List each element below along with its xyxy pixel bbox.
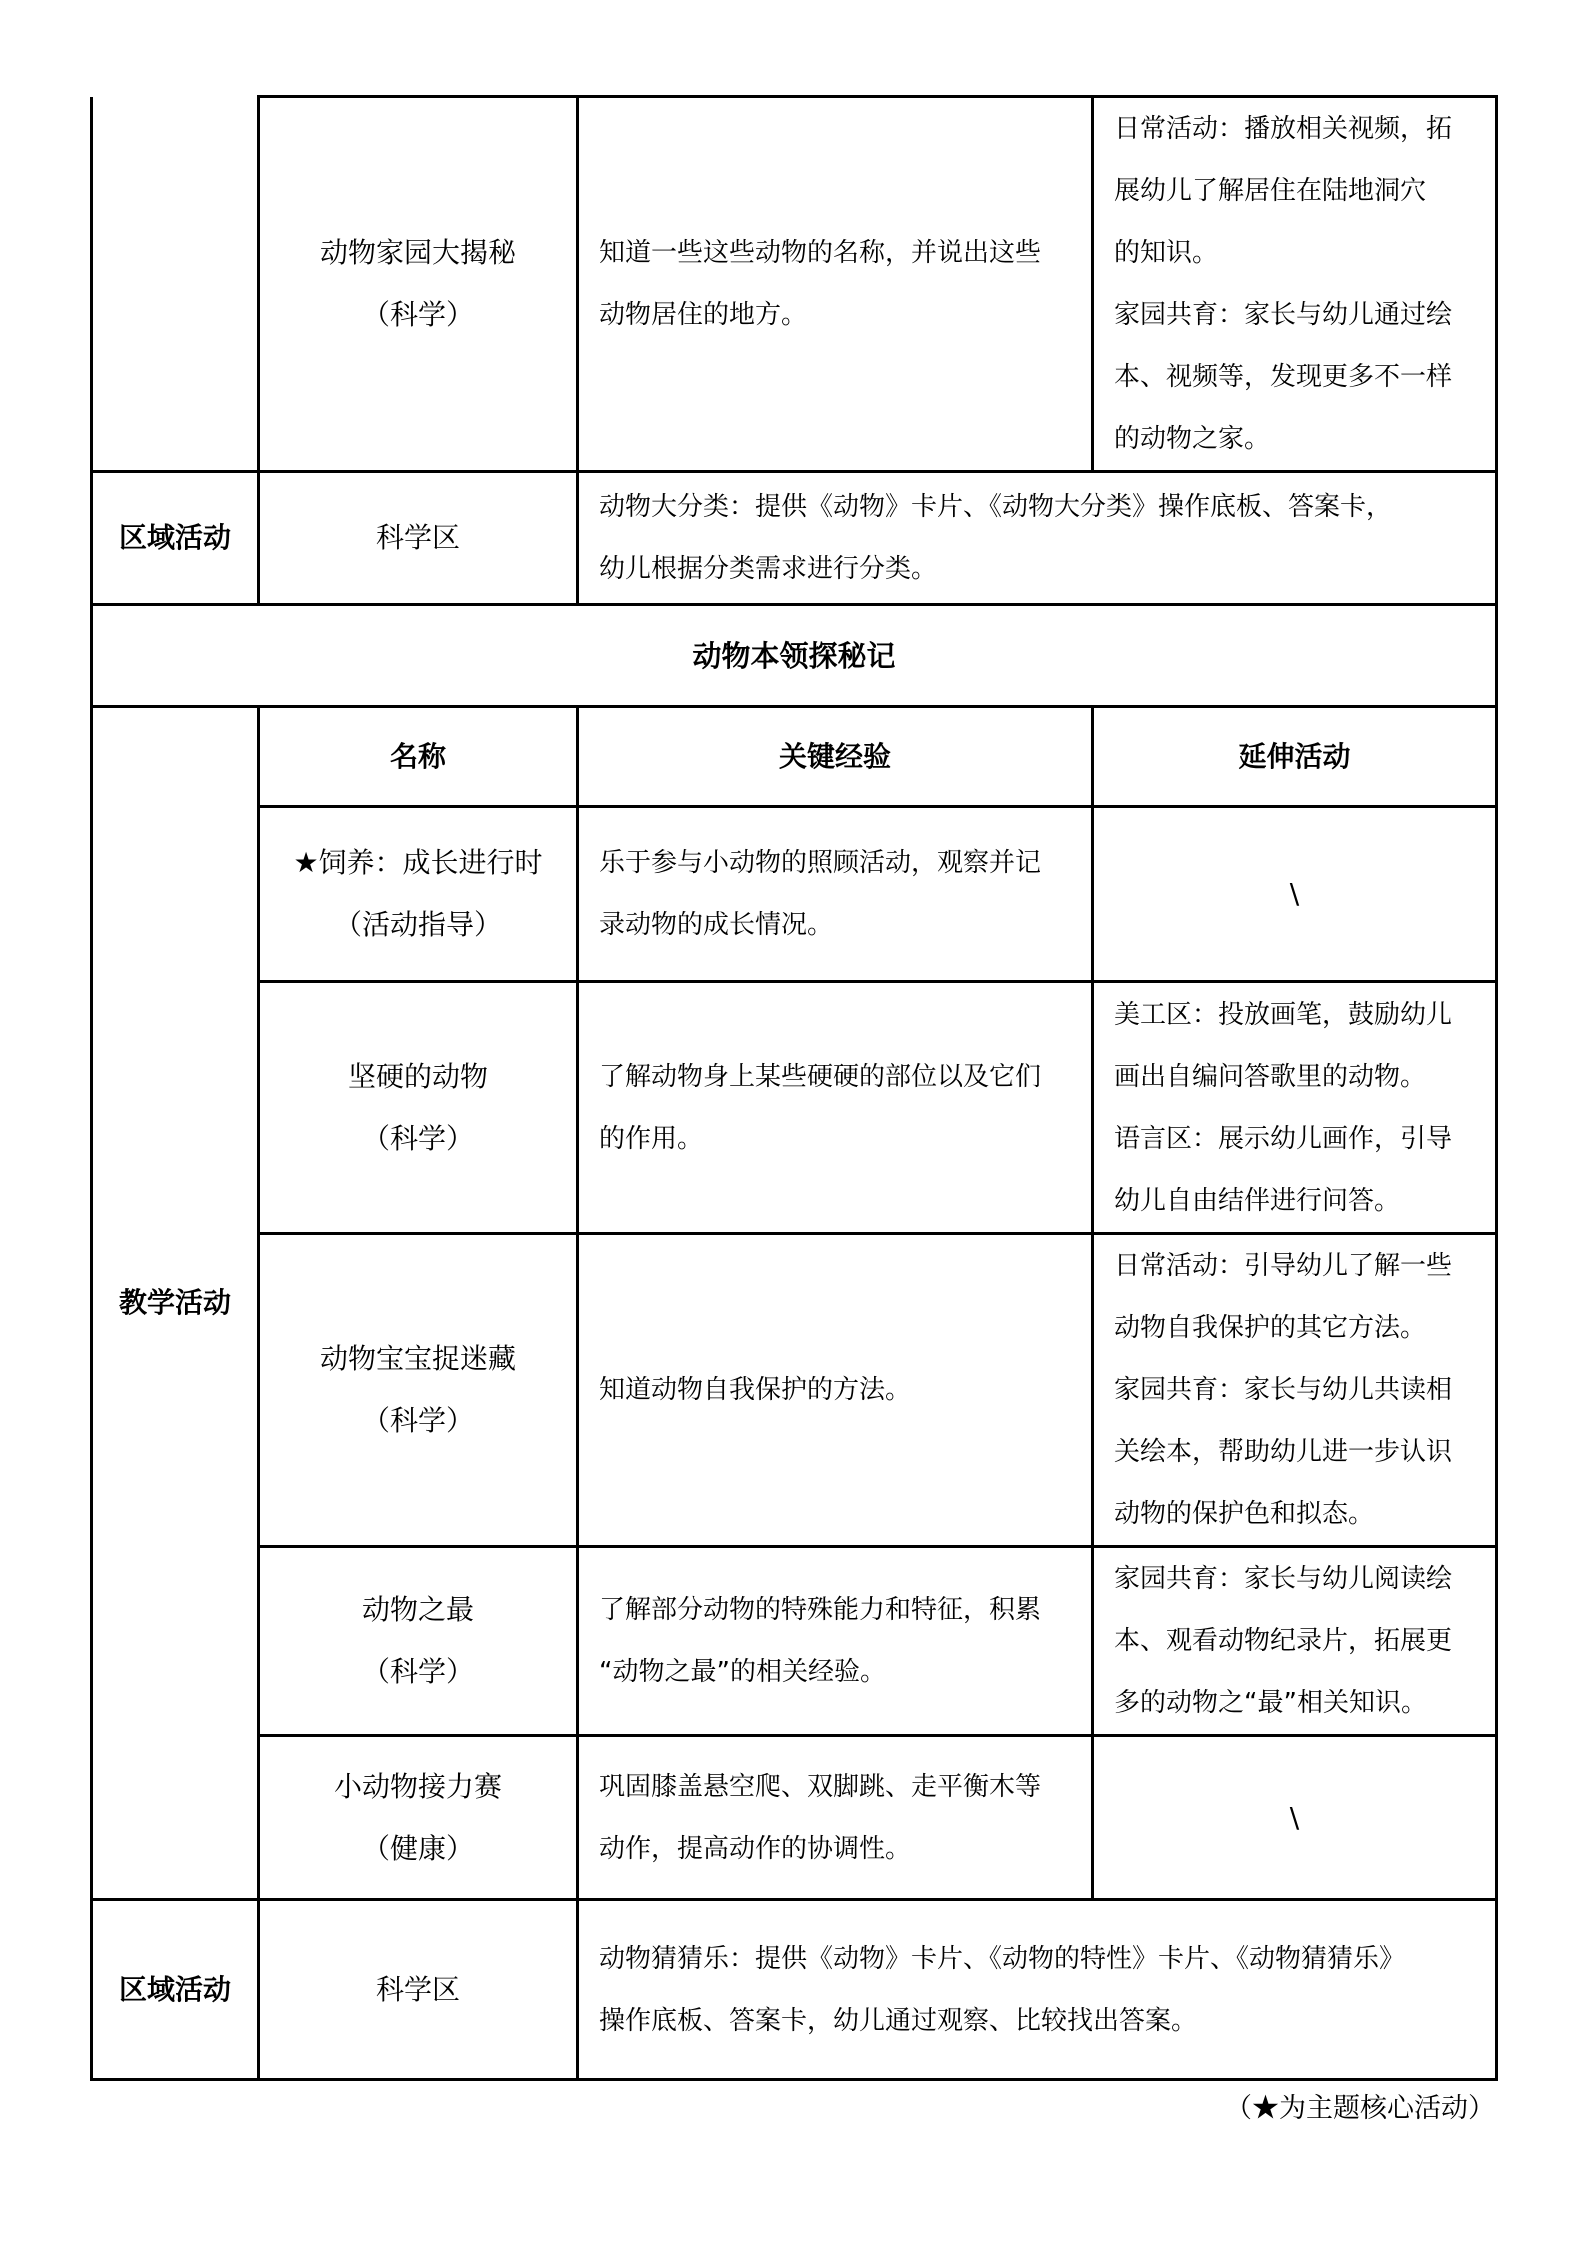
table-row: 动物本领探秘记 [92,605,1497,707]
cell-key-experience: 知道动物自我保护的方法。 [578,1234,1093,1547]
table-row: 区域活动 科学区 动物大分类：提供《动物》卡片、《动物大分类》操作底板、答案卡，… [92,472,1497,605]
table-row: 区域活动 科学区 动物猜猜乐：提供《动物》卡片、《动物的特性》卡片、《动物猜猜乐… [92,1900,1497,2080]
cell-key-experience: 巩固膝盖悬空爬、双脚跳、走平衡木等 动作，提高动作的协调性。 [578,1736,1093,1900]
cell-activity-name: 动物家园大揭秘 （科学） [259,97,578,472]
table-header-row: 教学活动 名称 关键经验 延伸活动 [92,707,1497,807]
cell-extension-activity: \ [1093,807,1497,982]
cell-extension-activity: 家园共育：家长与幼儿阅读绘 本、观看动物纪录片，拓展更 多的动物之“最”相关知识… [1093,1547,1497,1736]
table-row: 动物宝宝捉迷藏 （科学） 知道动物自我保护的方法。 日常活动：引导幼儿了解一些 … [92,1234,1497,1547]
cell-activity-name: 动物之最 （科学） [259,1547,578,1736]
cell-region-activity-content: 动物大分类：提供《动物》卡片、《动物大分类》操作底板、答案卡， 幼儿根据分类需求… [578,472,1497,605]
document-page: 动物家园大揭秘 （科学） 知道一些这些动物的名称，并说出这些 动物居住的地方。 … [0,0,1587,2245]
cell-teaching-activity-label: 教学活动 [92,707,259,1900]
cell-key-experience: 知道一些这些动物的名称，并说出这些 动物居住的地方。 [578,97,1093,472]
column-header-name: 名称 [259,707,578,807]
cell-region-activity-content: 动物猜猜乐：提供《动物》卡片、《动物的特性》卡片、《动物猜猜乐》 操作底板、答案… [578,1900,1497,2080]
cell-extension-activity: 美工区：投放画笔，鼓励幼儿 画出自编问答歌里的动物。 语言区：展示幼儿画作，引导… [1093,982,1497,1234]
cell-extension-activity: 日常活动：引导幼儿了解一些 动物自我保护的其它方法。 家园共育：家长与幼儿共读相… [1093,1234,1497,1547]
section-title: 动物本领探秘记 [92,605,1497,707]
column-header-experience: 关键经验 [578,707,1093,807]
core-activity-footnote: （★为主题核心活动） [1225,2088,1495,2128]
cell-activity-name: 小动物接力赛 （健康） [259,1736,578,1900]
cell-category-continuation [92,97,259,472]
table-row: 动物家园大揭秘 （科学） 知道一些这些动物的名称，并说出这些 动物居住的地方。 … [92,97,1497,472]
curriculum-table: 动物家园大揭秘 （科学） 知道一些这些动物的名称，并说出这些 动物居住的地方。 … [90,95,1498,2081]
column-header-extension: 延伸活动 [1093,707,1497,807]
table-row: 小动物接力赛 （健康） 巩固膝盖悬空爬、双脚跳、走平衡木等 动作，提高动作的协调… [92,1736,1497,1900]
cell-science-area: 科学区 [259,1900,578,2080]
cell-extension-activity: 日常活动：播放相关视频，拓 展幼儿了解居住在陆地洞穴 的知识。 家园共育：家长与… [1093,97,1497,472]
cell-key-experience: 了解部分动物的特殊能力和特征，积累 “动物之最”的相关经验。 [578,1547,1093,1736]
table-row: 坚硬的动物 （科学） 了解动物身上某些硬硬的部位以及它们 的作用。 美工区：投放… [92,982,1497,1234]
cell-extension-activity: \ [1093,1736,1497,1900]
cell-activity-name: ★饲养：成长进行时 （活动指导） [259,807,578,982]
cell-region-activity-label: 区域活动 [92,1900,259,2080]
cell-science-area: 科学区 [259,472,578,605]
cell-key-experience: 乐于参与小动物的照顾活动，观察并记 录动物的成长情况。 [578,807,1093,982]
table-row: ★饲养：成长进行时 （活动指导） 乐于参与小动物的照顾活动，观察并记 录动物的成… [92,807,1497,982]
cell-activity-name: 动物宝宝捉迷藏 （科学） [259,1234,578,1547]
cell-region-activity-label: 区域活动 [92,472,259,605]
table-row: 动物之最 （科学） 了解部分动物的特殊能力和特征，积累 “动物之最”的相关经验。… [92,1547,1497,1736]
cell-activity-name: 坚硬的动物 （科学） [259,982,578,1234]
cell-key-experience: 了解动物身上某些硬硬的部位以及它们 的作用。 [578,982,1093,1234]
